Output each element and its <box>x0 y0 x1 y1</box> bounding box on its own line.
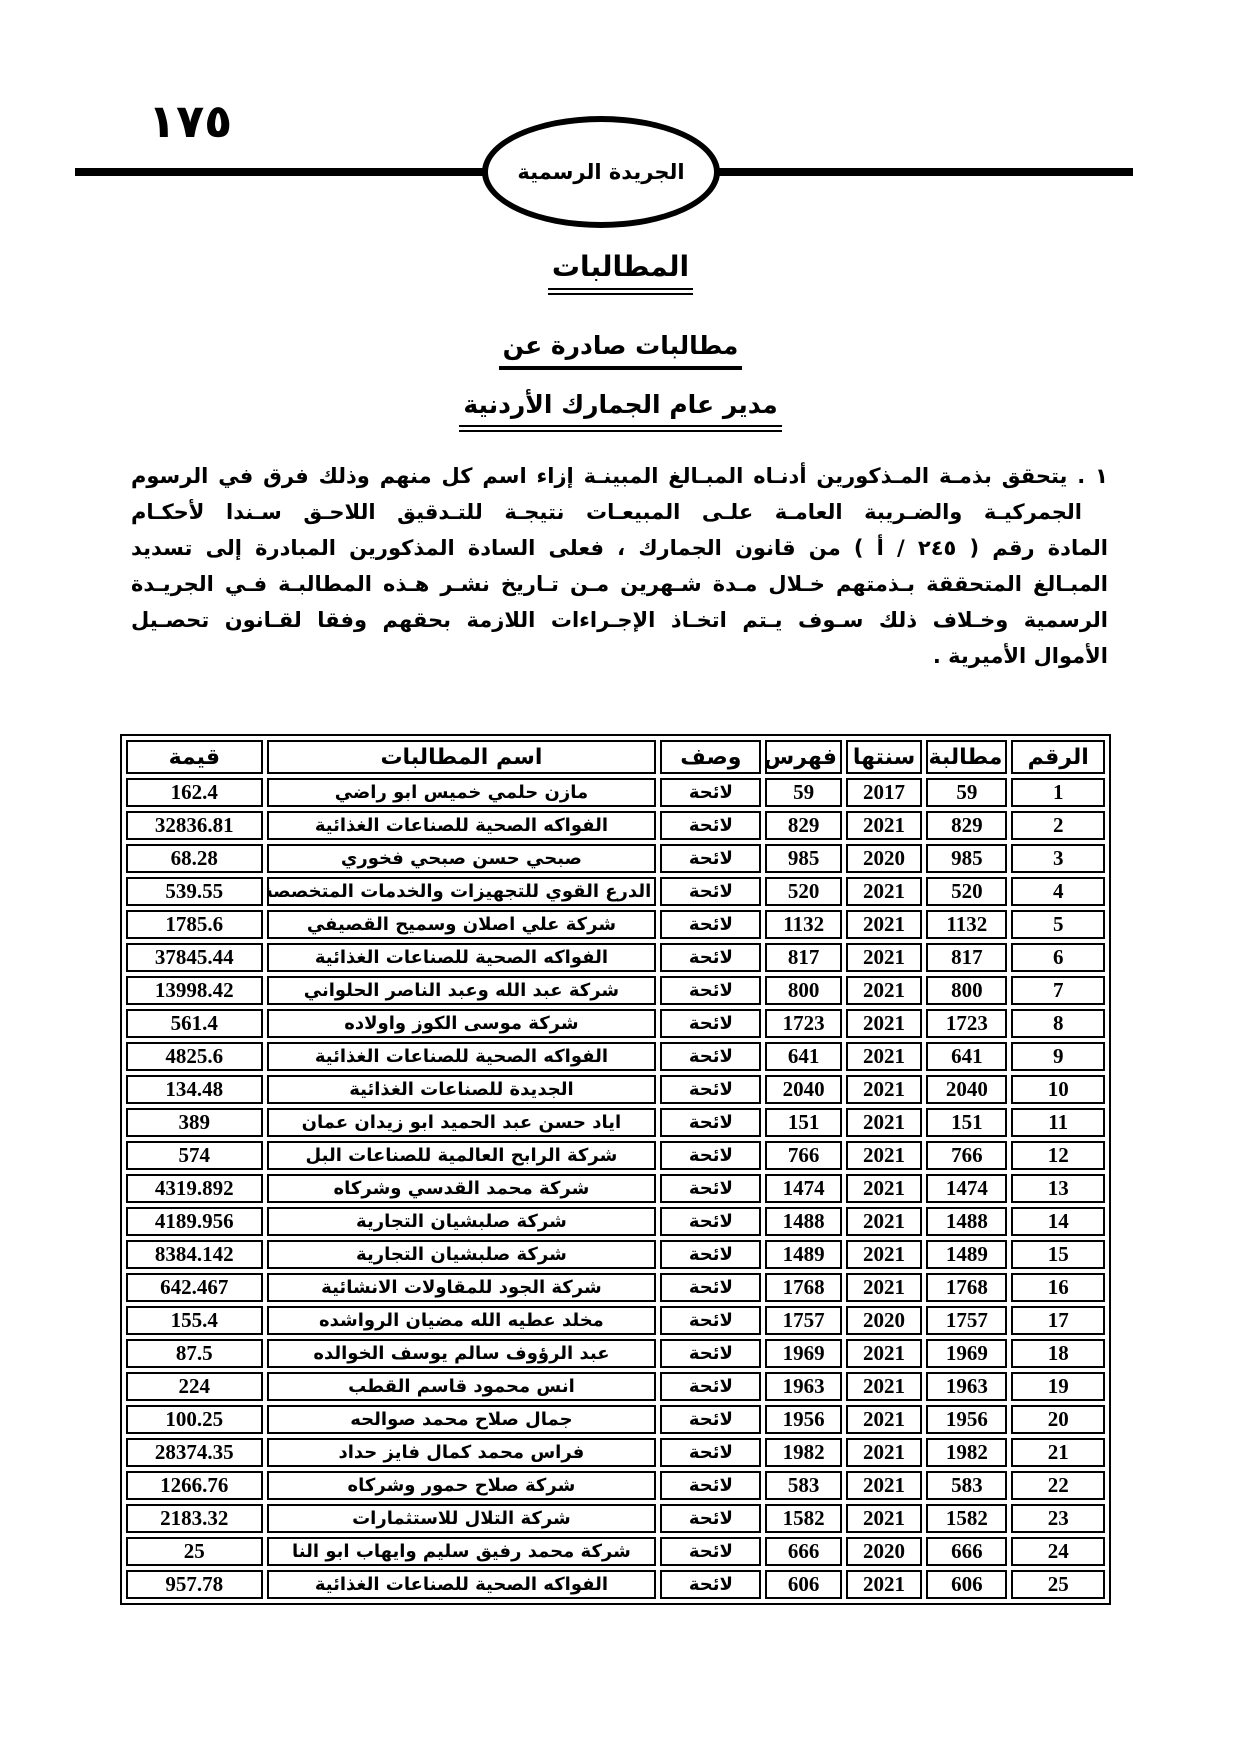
cell-year: 2020 <box>846 844 922 873</box>
cell-name: الفواكه الصحية للصناعات الغذائية <box>267 1042 657 1071</box>
cell-value: 224 <box>126 1372 263 1401</box>
table-row: 256062021606لائحةالفواكه الصحية للصناعات… <box>126 1570 1105 1599</box>
table-head: الرقممطالبةسنتهافهرسوصفاسم المطالباتقيمة <box>126 740 1105 774</box>
cell-claim: 1489 <box>926 1240 1007 1269</box>
cell-year: 2021 <box>846 1174 922 1203</box>
cell-desc: لائحة <box>660 1108 761 1137</box>
table-row: 68172021817لائحةالفواكه الصحية للصناعات … <box>126 943 1105 972</box>
subtitle-issued-by-wrap: مطالبات صادرة عن <box>0 331 1241 370</box>
table-row: 39852020985لائحةصبحي حسن صبحي فخوري68.28 <box>126 844 1105 873</box>
cell-year: 2021 <box>846 1042 922 1071</box>
table-row: 20195620211956لائحةجمال صلاح محمد صوالحه… <box>126 1405 1105 1434</box>
table-row: 10204020212040لائحةالجديدة للصناعات الغذ… <box>126 1075 1105 1104</box>
cell-year: 2017 <box>846 778 922 807</box>
cell-desc: لائحة <box>660 1207 761 1236</box>
cell-claim: 1132 <box>926 910 1007 939</box>
cell-year: 2021 <box>846 811 922 840</box>
gazette-seal: الجريدة الرسمية <box>482 116 720 228</box>
cell-desc: لائحة <box>660 1141 761 1170</box>
cell-name: مخلد عطيه الله مضيان الرواشده <box>267 1306 657 1335</box>
titles-block: المطالبات مطالبات صادرة عن مدير عام الجم… <box>0 250 1241 432</box>
paragraph-line: المبـالغ المتحققة بـذمتهم خـلال مـدة شـه… <box>131 566 1108 602</box>
table-row: 45202021520لائحةالدرع القوي للتجهيزات وا… <box>126 877 1105 906</box>
cell-desc: لائحة <box>660 1438 761 1467</box>
table-row: 19196320211963لائحةانس محمود قاسم القطب2… <box>126 1372 1105 1401</box>
cell-year: 2021 <box>846 1108 922 1137</box>
cell-desc: لائحة <box>660 943 761 972</box>
cell-index: 1963 <box>765 1372 841 1401</box>
cell-desc: لائحة <box>660 1504 761 1533</box>
cell-desc: لائحة <box>660 877 761 906</box>
cell-desc: لائحة <box>660 811 761 840</box>
cell-index: 1723 <box>765 1009 841 1038</box>
cell-desc: لائحة <box>660 1273 761 1302</box>
cell-year: 2021 <box>846 943 922 972</box>
cell-value: 25 <box>126 1537 263 1566</box>
cell-value: 4189.956 <box>126 1207 263 1236</box>
cell-index: 151 <box>765 1108 841 1137</box>
cell-name: شركة صلبشيان التجارية <box>267 1207 657 1236</box>
cell-claim: 1488 <box>926 1207 1007 1236</box>
cell-index: 1488 <box>765 1207 841 1236</box>
cell-no: 12 <box>1011 1141 1105 1170</box>
cell-name: شركة التلال للاستثمارات <box>267 1504 657 1533</box>
table-row: 18196920211969لائحةعبد الرؤوف سالم يوسف … <box>126 1339 1105 1368</box>
cell-index: 59 <box>765 778 841 807</box>
cell-index: 1956 <box>765 1405 841 1434</box>
cell-index: 520 <box>765 877 841 906</box>
cell-claim: 766 <box>926 1141 1007 1170</box>
cell-desc: لائحة <box>660 1306 761 1335</box>
cell-desc: لائحة <box>660 1570 761 1599</box>
cell-no: 7 <box>1011 976 1105 1005</box>
table-row: 13147420211474لائحةشركة محمد القدسي وشرك… <box>126 1174 1105 1203</box>
table-row: 28292021829لائحةالفواكه الصحية للصناعات … <box>126 811 1105 840</box>
column-header-value: قيمة <box>126 740 263 774</box>
table-row: 8172320211723لائحةشركة موسى الكوز واولاد… <box>126 1009 1105 1038</box>
cell-name: عبد الرؤوف سالم يوسف الخوالده <box>267 1339 657 1368</box>
cell-claim: 1768 <box>926 1273 1007 1302</box>
cell-name: فراس محمد كمال فايز حداد <box>267 1438 657 1467</box>
table-row: 21198220211982لائحةفراس محمد كمال فايز ح… <box>126 1438 1105 1467</box>
cell-no: 23 <box>1011 1504 1105 1533</box>
table-row: 225832021583لائحةشركة صلاح حمور وشركاه12… <box>126 1471 1105 1500</box>
cell-value: 561.4 <box>126 1009 263 1038</box>
cell-desc: لائحة <box>660 1042 761 1071</box>
cell-year: 2021 <box>846 976 922 1005</box>
cell-year: 2021 <box>846 1339 922 1368</box>
cell-name: شركة صلاح حمور وشركاه <box>267 1471 657 1500</box>
cell-value: 2183.32 <box>126 1504 263 1533</box>
cell-year: 2021 <box>846 1438 922 1467</box>
cell-year: 2021 <box>846 910 922 939</box>
page-number: ١٧٥ <box>148 98 232 144</box>
cell-no: 24 <box>1011 1537 1105 1566</box>
table-row: 17175720201757لائحةمخلد عطيه الله مضيان … <box>126 1306 1105 1335</box>
cell-no: 18 <box>1011 1339 1105 1368</box>
cell-index: 583 <box>765 1471 841 1500</box>
cell-claim: 520 <box>926 877 1007 906</box>
cell-desc: لائحة <box>660 910 761 939</box>
cell-index: 606 <box>765 1570 841 1599</box>
column-header-index: فهرس <box>765 740 841 774</box>
cell-claim: 1474 <box>926 1174 1007 1203</box>
cell-index: 641 <box>765 1042 841 1071</box>
cell-name: اياد حسن عبد الحميد ابو زيدان عمان <box>267 1108 657 1137</box>
column-header-claim: مطالبة <box>926 740 1007 774</box>
subtitle-authority-wrap: مدير عام الجمارك الأردنية <box>0 390 1241 432</box>
table-row: 14148820211488لائحةشركة صلبشيان التجارية… <box>126 1207 1105 1236</box>
cell-index: 766 <box>765 1141 841 1170</box>
cell-value: 68.28 <box>126 844 263 873</box>
cell-name: الجديدة للصناعات الغذائية <box>267 1075 657 1104</box>
cell-index: 1582 <box>765 1504 841 1533</box>
cell-name: شركة محمد القدسي وشركاه <box>267 1174 657 1203</box>
cell-name: الفواكه الصحية للصناعات الغذائية <box>267 811 657 840</box>
cell-desc: لائحة <box>660 778 761 807</box>
cell-index: 800 <box>765 976 841 1005</box>
cell-name: شركة محمد رفيق سليم وايهاب ابو النا <box>267 1537 657 1566</box>
page-header: ١٧٥ الجريدة الرسمية <box>0 0 1241 232</box>
cell-value: 4825.6 <box>126 1042 263 1071</box>
cell-desc: لائحة <box>660 844 761 873</box>
cell-year: 2020 <box>846 1537 922 1566</box>
cell-claim: 1963 <box>926 1372 1007 1401</box>
cell-name: شركة صلبشيان التجارية <box>267 1240 657 1269</box>
cell-no: 4 <box>1011 877 1105 906</box>
cell-desc: لائحة <box>660 1372 761 1401</box>
column-header-year: سنتها <box>846 740 922 774</box>
cell-name: الدرع القوي للتجهيزات والخدمات المتخصصة <box>267 877 657 906</box>
table-row: 23158220211582لائحةشركة التلال للاستثمار… <box>126 1504 1105 1533</box>
cell-index: 1132 <box>765 910 841 939</box>
cell-no: 19 <box>1011 1372 1105 1401</box>
claims-table: الرقممطالبةسنتهافهرسوصفاسم المطالباتقيمة… <box>120 734 1111 1605</box>
cell-year: 2021 <box>846 1207 922 1236</box>
cell-claim: 1723 <box>926 1009 1007 1038</box>
cell-name: شركة علي اصلان وسميح القصيفي <box>267 910 657 939</box>
cell-desc: لائحة <box>660 1009 761 1038</box>
cell-desc: لائحة <box>660 1075 761 1104</box>
cell-name: شركة الجود للمقاولات الانشائية <box>267 1273 657 1302</box>
cell-no: 2 <box>1011 811 1105 840</box>
cell-index: 2040 <box>765 1075 841 1104</box>
cell-desc: لائحة <box>660 1537 761 1566</box>
cell-name: صبحي حسن صبحي فخوري <box>267 844 657 873</box>
table-body: 159201759لائحةمازن حلمي خميس ابو راضي162… <box>126 778 1105 1599</box>
cell-value: 8384.142 <box>126 1240 263 1269</box>
cell-index: 1757 <box>765 1306 841 1335</box>
cell-value: 28374.35 <box>126 1438 263 1467</box>
cell-claim: 829 <box>926 811 1007 840</box>
cell-claim: 1757 <box>926 1306 1007 1335</box>
cell-no: 3 <box>1011 844 1105 873</box>
cell-year: 2021 <box>846 1504 922 1533</box>
cell-value: 642.467 <box>126 1273 263 1302</box>
cell-desc: لائحة <box>660 1240 761 1269</box>
cell-value: 539.55 <box>126 877 263 906</box>
cell-index: 1768 <box>765 1273 841 1302</box>
table-row: 78002021800لائحةشركة عبد الله وعبد الناص… <box>126 976 1105 1005</box>
cell-no: 16 <box>1011 1273 1105 1302</box>
cell-no: 8 <box>1011 1009 1105 1038</box>
cell-value: 32836.81 <box>126 811 263 840</box>
cell-name: شركة الرابح العالمية للصناعات البل <box>267 1141 657 1170</box>
cell-no: 22 <box>1011 1471 1105 1500</box>
cell-value: 1266.76 <box>126 1471 263 1500</box>
cell-value: 37845.44 <box>126 943 263 972</box>
subtitle-authority: مدير عام الجمارك الأردنية <box>459 390 781 432</box>
cell-value: 162.4 <box>126 778 263 807</box>
cell-name: مازن حلمي خميس ابو راضي <box>267 778 657 807</box>
cell-year: 2020 <box>846 1306 922 1335</box>
cell-index: 666 <box>765 1537 841 1566</box>
cell-claim: 606 <box>926 1570 1007 1599</box>
column-header-desc: وصف <box>660 740 761 774</box>
cell-value: 134.48 <box>126 1075 263 1104</box>
column-header-no: الرقم <box>1011 740 1105 774</box>
cell-claim: 1582 <box>926 1504 1007 1533</box>
cell-name: جمال صلاح محمد صوالحه <box>267 1405 657 1434</box>
column-header-name: اسم المطالبات <box>267 740 657 774</box>
cell-claim: 1982 <box>926 1438 1007 1467</box>
cell-value: 574 <box>126 1141 263 1170</box>
cell-value: 100.25 <box>126 1405 263 1434</box>
cell-claim: 817 <box>926 943 1007 972</box>
cell-year: 2021 <box>846 877 922 906</box>
cell-name: شركة عبد الله وعبد الناصر الحلواني <box>267 976 657 1005</box>
cell-no: 21 <box>1011 1438 1105 1467</box>
paragraph-line: المادة رقم ( ٢٤٥ / أ ) من قانون الجمارك … <box>131 530 1108 566</box>
cell-year: 2021 <box>846 1405 922 1434</box>
cell-claim: 1956 <box>926 1405 1007 1434</box>
cell-name: الفواكه الصحية للصناعات الغذائية <box>267 1570 657 1599</box>
cell-desc: لائحة <box>660 1471 761 1500</box>
cell-name: انس محمود قاسم القطب <box>267 1372 657 1401</box>
cell-no: 25 <box>1011 1570 1105 1599</box>
cell-no: 13 <box>1011 1174 1105 1203</box>
cell-no: 17 <box>1011 1306 1105 1335</box>
paragraph-line: الرسمية وخـلاف ذلك سـوف يـتم اتخـاذ الإج… <box>131 602 1108 638</box>
cell-value: 957.78 <box>126 1570 263 1599</box>
cell-name: شركة موسى الكوز واولاده <box>267 1009 657 1038</box>
cell-year: 2021 <box>846 1570 922 1599</box>
cell-index: 817 <box>765 943 841 972</box>
cell-claim: 666 <box>926 1537 1007 1566</box>
cell-claim: 59 <box>926 778 1007 807</box>
cell-year: 2021 <box>846 1141 922 1170</box>
cell-claim: 1969 <box>926 1339 1007 1368</box>
cell-value: 389 <box>126 1108 263 1137</box>
cell-value: 87.5 <box>126 1339 263 1368</box>
cell-no: 20 <box>1011 1405 1105 1434</box>
cell-value: 1785.6 <box>126 910 263 939</box>
paragraph-line: ١ . يتحقق بذمـة المـذكورين أدنـاه المبـا… <box>131 458 1108 494</box>
table-row: 96412021641لائحةالفواكه الصحية للصناعات … <box>126 1042 1105 1071</box>
cell-desc: لائحة <box>660 1174 761 1203</box>
cell-desc: لائحة <box>660 976 761 1005</box>
cell-index: 1489 <box>765 1240 841 1269</box>
cell-claim: 151 <box>926 1108 1007 1137</box>
cell-index: 985 <box>765 844 841 873</box>
section-title-wrap: المطالبات <box>0 250 1241 295</box>
cell-index: 1969 <box>765 1339 841 1368</box>
subtitle-issued-by: مطالبات صادرة عن <box>499 331 743 370</box>
paragraph-line: الجمركيـة والضـريبة العامـة علـى المبيعـ… <box>131 494 1108 530</box>
cell-no: 9 <box>1011 1042 1105 1071</box>
cell-value: 4319.892 <box>126 1174 263 1203</box>
cell-desc: لائحة <box>660 1405 761 1434</box>
cell-no: 14 <box>1011 1207 1105 1236</box>
cell-name: الفواكه الصحية للصناعات الغذائية <box>267 943 657 972</box>
cell-claim: 2040 <box>926 1075 1007 1104</box>
section-title: المطالبات <box>548 250 693 295</box>
cell-claim: 800 <box>926 976 1007 1005</box>
table-row: 5113220211132لائحةشركة علي اصلان وسميح ا… <box>126 910 1105 939</box>
cell-no: 5 <box>1011 910 1105 939</box>
cell-desc: لائحة <box>660 1339 761 1368</box>
intro-paragraph: ١ . يتحقق بذمـة المـذكورين أدنـاه المبـا… <box>131 458 1108 674</box>
table-row: 111512021151لائحةاياد حسن عبد الحميد ابو… <box>126 1108 1105 1137</box>
cell-year: 2021 <box>846 1372 922 1401</box>
table-row: 16176820211768لائحةشركة الجود للمقاولات … <box>126 1273 1105 1302</box>
cell-year: 2021 <box>846 1471 922 1500</box>
table-row: 246662020666لائحةشركة محمد رفيق سليم واي… <box>126 1537 1105 1566</box>
cell-year: 2021 <box>846 1075 922 1104</box>
cell-index: 1982 <box>765 1438 841 1467</box>
paragraph-line: الأموال الأميرية . <box>131 638 1108 674</box>
table-row: 159201759لائحةمازن حلمي خميس ابو راضي162… <box>126 778 1105 807</box>
cell-claim: 583 <box>926 1471 1007 1500</box>
cell-claim: 641 <box>926 1042 1007 1071</box>
gazette-page: ١٧٥ الجريدة الرسمية المطالبات مطالبات صا… <box>0 0 1241 1755</box>
cell-no: 6 <box>1011 943 1105 972</box>
cell-year: 2021 <box>846 1240 922 1269</box>
cell-year: 2021 <box>846 1273 922 1302</box>
gazette-name: الجريدة الرسمية <box>517 160 684 184</box>
cell-no: 1 <box>1011 778 1105 807</box>
cell-index: 829 <box>765 811 841 840</box>
cell-no: 15 <box>1011 1240 1105 1269</box>
cell-value: 155.4 <box>126 1306 263 1335</box>
cell-year: 2021 <box>846 1009 922 1038</box>
cell-claim: 985 <box>926 844 1007 873</box>
table-header-row: الرقممطالبةسنتهافهرسوصفاسم المطالباتقيمة <box>126 740 1105 774</box>
cell-value: 13998.42 <box>126 976 263 1005</box>
table-row: 127662021766لائحةشركة الرابح العالمية لل… <box>126 1141 1105 1170</box>
cell-no: 11 <box>1011 1108 1105 1137</box>
table-row: 15148920211489لائحةشركة صلبشيان التجارية… <box>126 1240 1105 1269</box>
cell-no: 10 <box>1011 1075 1105 1104</box>
cell-index: 1474 <box>765 1174 841 1203</box>
